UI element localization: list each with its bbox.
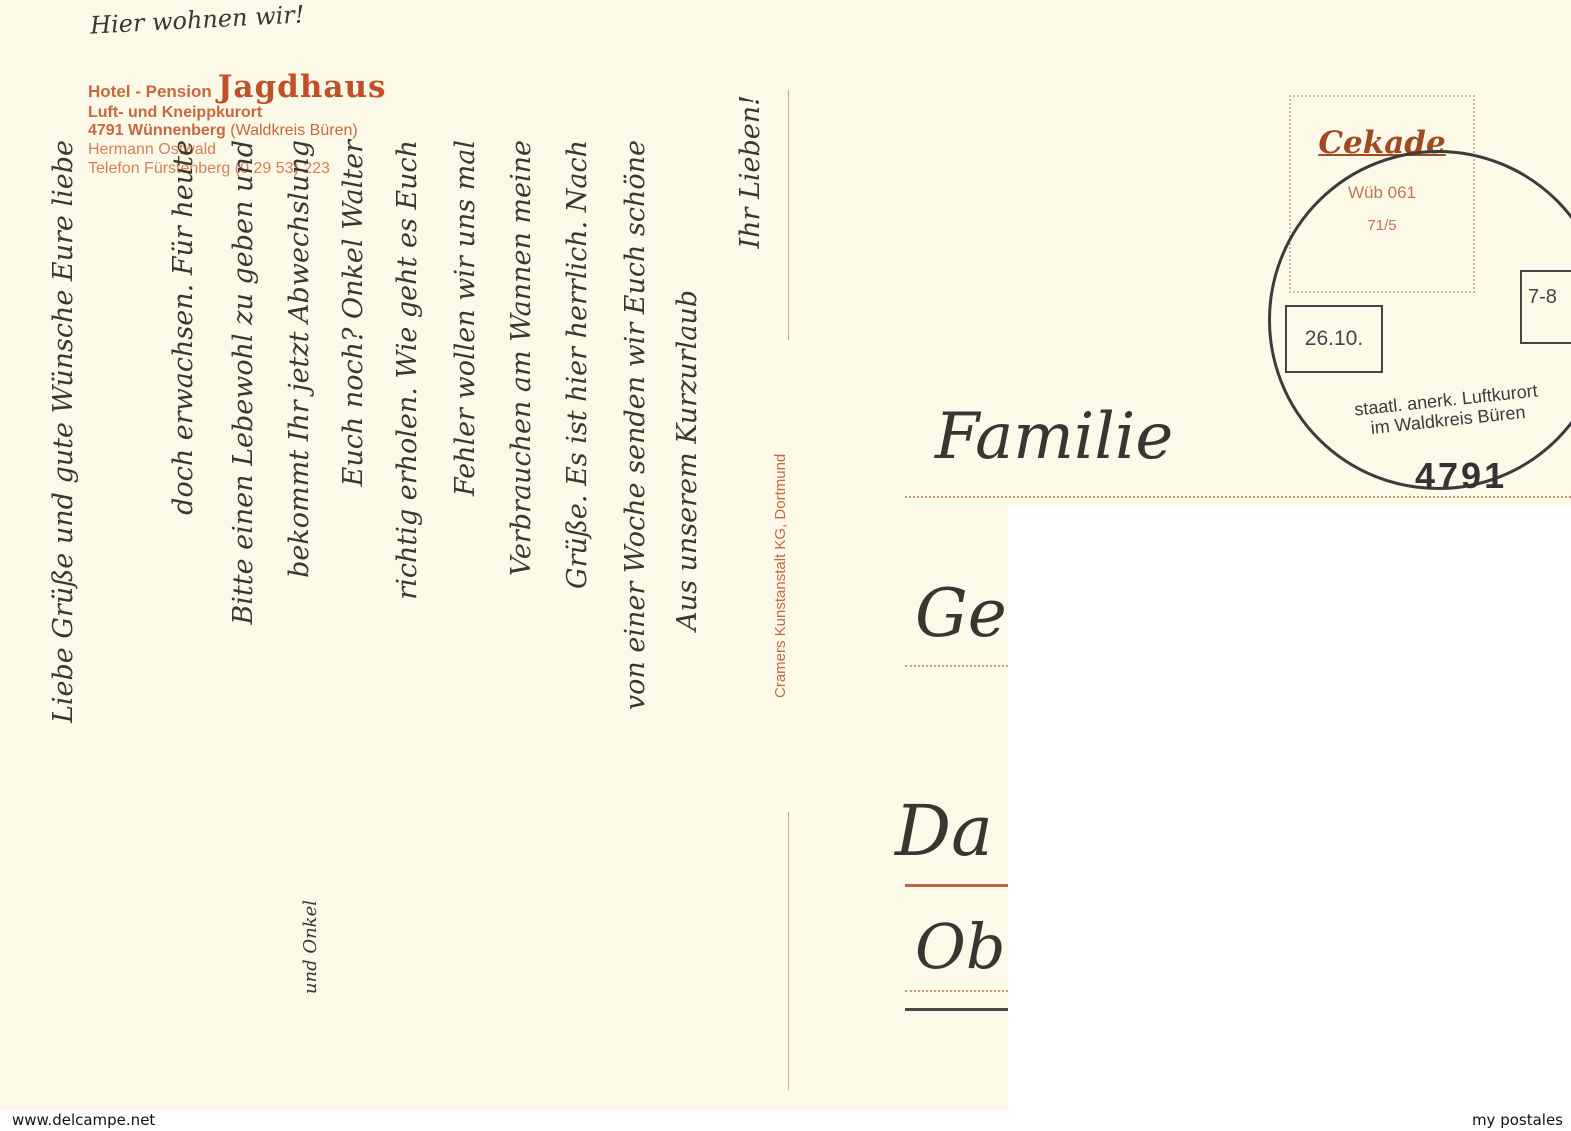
message-column: Grüße. Es ist hier herrlich. Nach: [562, 140, 593, 589]
message-column: Liebe Grüße und gute Wünsche Eure liebe: [48, 140, 79, 723]
address-line-3: Da: [895, 790, 993, 872]
message-column: bekommt Ihr jetzt Abwechslung: [284, 140, 315, 578]
imprint-brand: Jagdhaus: [218, 72, 387, 103]
message-column: richtig erholen. Wie geht es Euch: [392, 140, 423, 600]
message-column: Ihr Lieben!: [735, 95, 766, 249]
message-column: doch erwachsen. Für heute: [168, 140, 199, 515]
address-line-4: Ob: [915, 910, 1006, 983]
imprint-district: (Waldkreis Büren): [230, 122, 357, 139]
message-column: von einer Woche senden wir Euch schöne: [620, 140, 651, 710]
postmark-date: 26.10.: [1285, 305, 1383, 373]
address-rule-1: [905, 496, 1571, 498]
address-rule-5: [905, 1008, 1008, 1011]
publisher-credit: Cramers Kunstanstalt KG, Dortmund: [772, 340, 789, 812]
message-column: Bitte einen Lebewohl zu geben und: [228, 140, 259, 625]
message-column: Euch noch? Onkel Walter: [338, 140, 369, 486]
message-column: Aus unserem Kurzurlaub: [672, 290, 703, 631]
address-rule-4: [905, 990, 1008, 992]
address-line-1: Familie: [935, 400, 1173, 474]
address-rule-3: [905, 884, 1008, 887]
imprint-town: 4791 Wünnenberg: [88, 122, 226, 139]
imprint-line-3: 4791 Wünnenberg (Waldkreis Büren): [88, 123, 386, 139]
postmark-zip: 4791: [1415, 455, 1507, 497]
watermark-mypostales: my postales: [1472, 1111, 1563, 1129]
signature: und Onkel: [300, 900, 321, 994]
address-rule-2: [905, 665, 1008, 667]
imprint-line-1: Hotel - Pension Jagdhaus: [88, 72, 386, 103]
imprint-line-2: Luft- und Kneippkurort: [88, 105, 386, 121]
cropped-area: [1008, 505, 1571, 1131]
handwritten-header: Hier wohnen wir!: [89, 0, 305, 39]
watermark-delcampe: www.delcampe.net: [12, 1111, 155, 1129]
message-column: Fehler wollen wir uns mal: [450, 140, 481, 496]
postmark-time: 7-8: [1520, 270, 1571, 344]
imprint-prefix: Hotel - Pension: [88, 83, 212, 100]
message-column: Verbrauchen am Wannen meine: [506, 140, 537, 576]
